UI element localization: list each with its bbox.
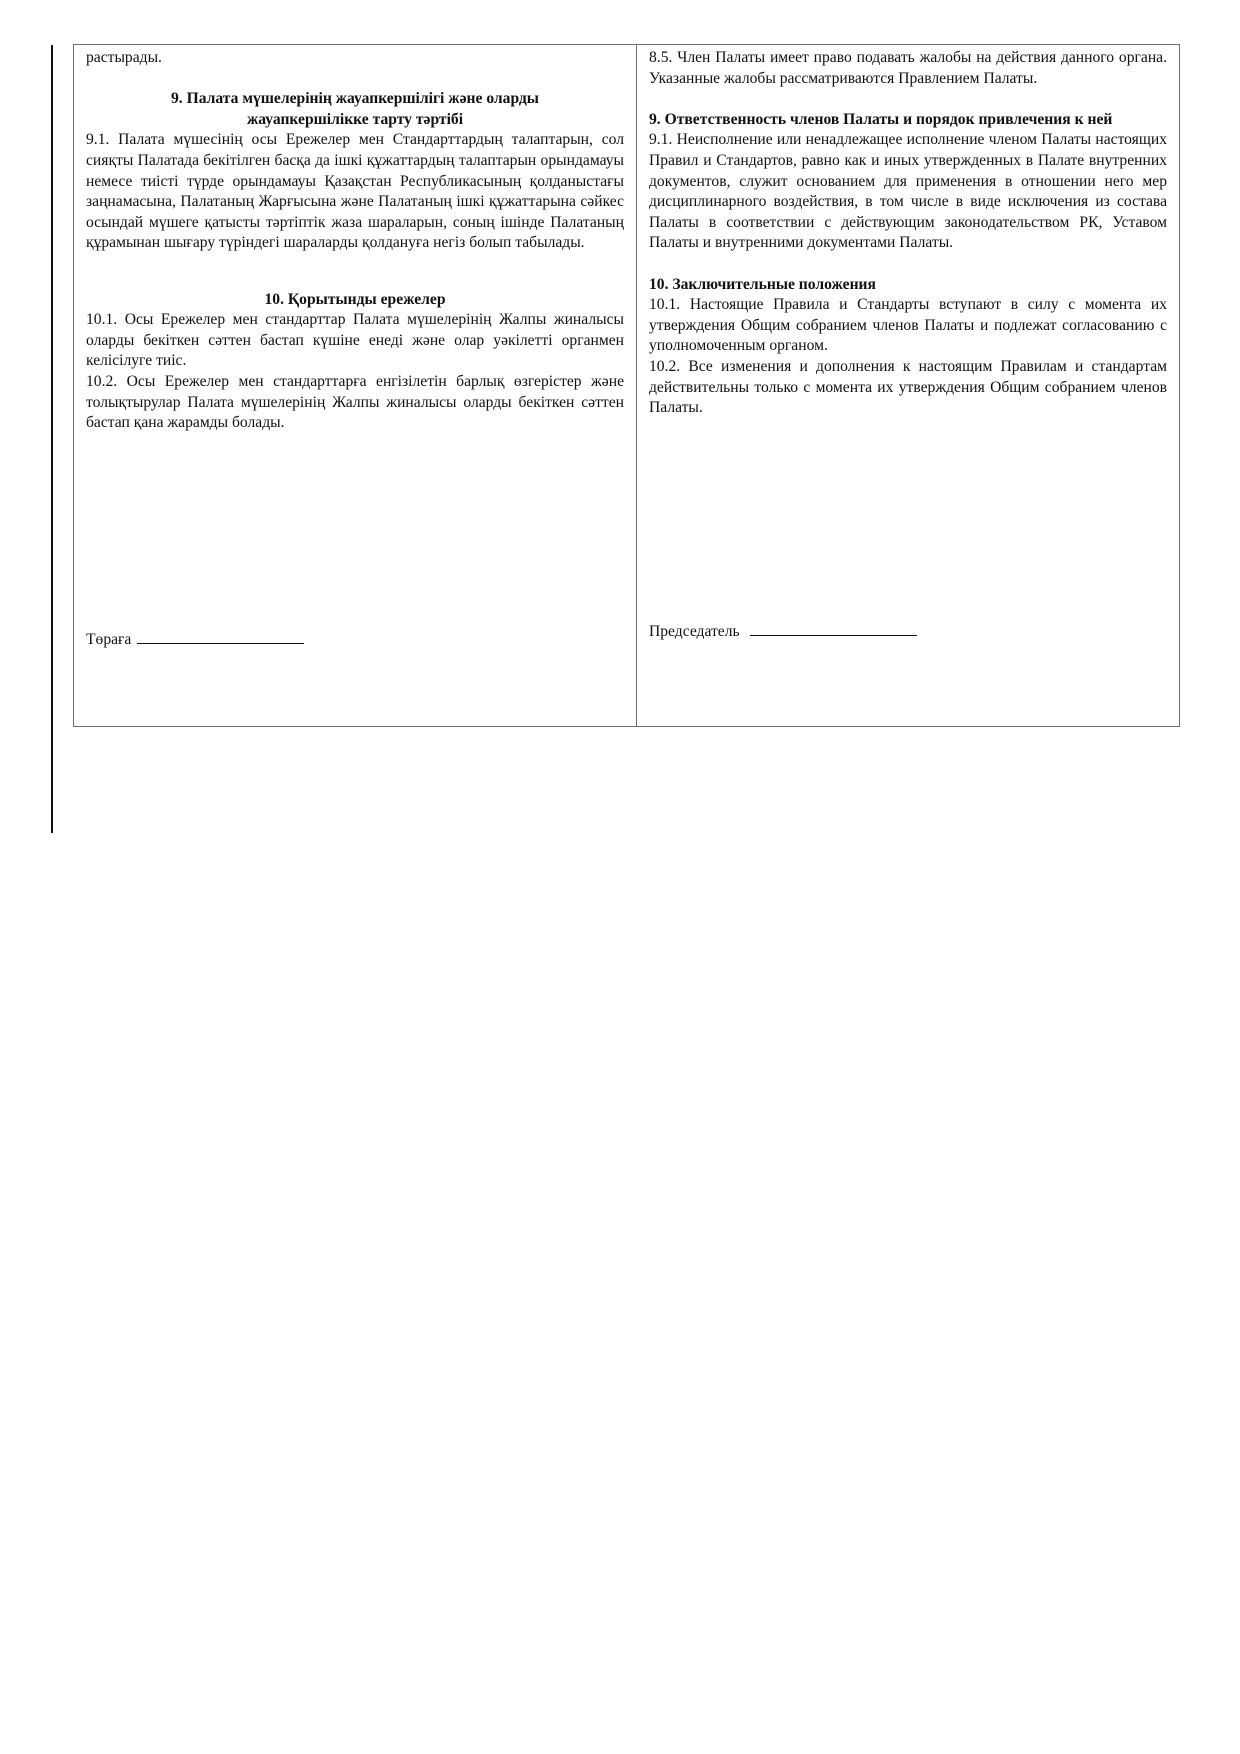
section-9-heading-line2: жауапкершілікке тарту тәртібі xyxy=(86,110,624,131)
clause-9-1: 9.1. Палата мүшесінің осы Ережелер мен С… xyxy=(86,130,624,254)
signature-block: Төраға xyxy=(86,629,304,651)
bilingual-table: растырады. 9. Палата мүшелерінің жауапке… xyxy=(73,44,1180,727)
continued-text: растырады. xyxy=(86,48,624,69)
kazakh-column: растырады. 9. Палата мүшелерінің жауапке… xyxy=(74,45,637,726)
clause-10-1: 10.1. Осы Ережелер мен стандарттар Палат… xyxy=(86,310,624,372)
section-10-heading: 10. Заключительные положения xyxy=(649,275,1167,296)
section-10-heading: 10. Қорытынды ережелер xyxy=(86,290,624,311)
signature-label: Төраға xyxy=(86,631,131,648)
margin-rule xyxy=(51,45,53,833)
section-9-heading: 9. Ответственность членов Палаты и поряд… xyxy=(649,110,1167,131)
signature-line xyxy=(137,629,304,644)
clause-8-5: 8.5. Член Палаты имеет право подавать жа… xyxy=(649,48,1167,89)
clause-10-2: 10.2. Осы Ережелер мен стандарттарға енг… xyxy=(86,372,624,434)
clause-10-1: 10.1. Настоящие Правила и Стандарты всту… xyxy=(649,295,1167,357)
signature-line xyxy=(750,621,917,636)
signature-block: Председатель xyxy=(649,621,917,643)
section-9-heading-line1: 9. Палата мүшелерінің жауапкершілігі жән… xyxy=(86,89,624,110)
clause-9-1: 9.1. Неисполнение или ненадлежащее испол… xyxy=(649,130,1167,254)
clause-10-2: 10.2. Все изменения и дополнения к насто… xyxy=(649,357,1167,419)
signature-label: Председатель xyxy=(649,623,740,640)
russian-column: 8.5. Член Палаты имеет право подавать жа… xyxy=(637,45,1179,726)
